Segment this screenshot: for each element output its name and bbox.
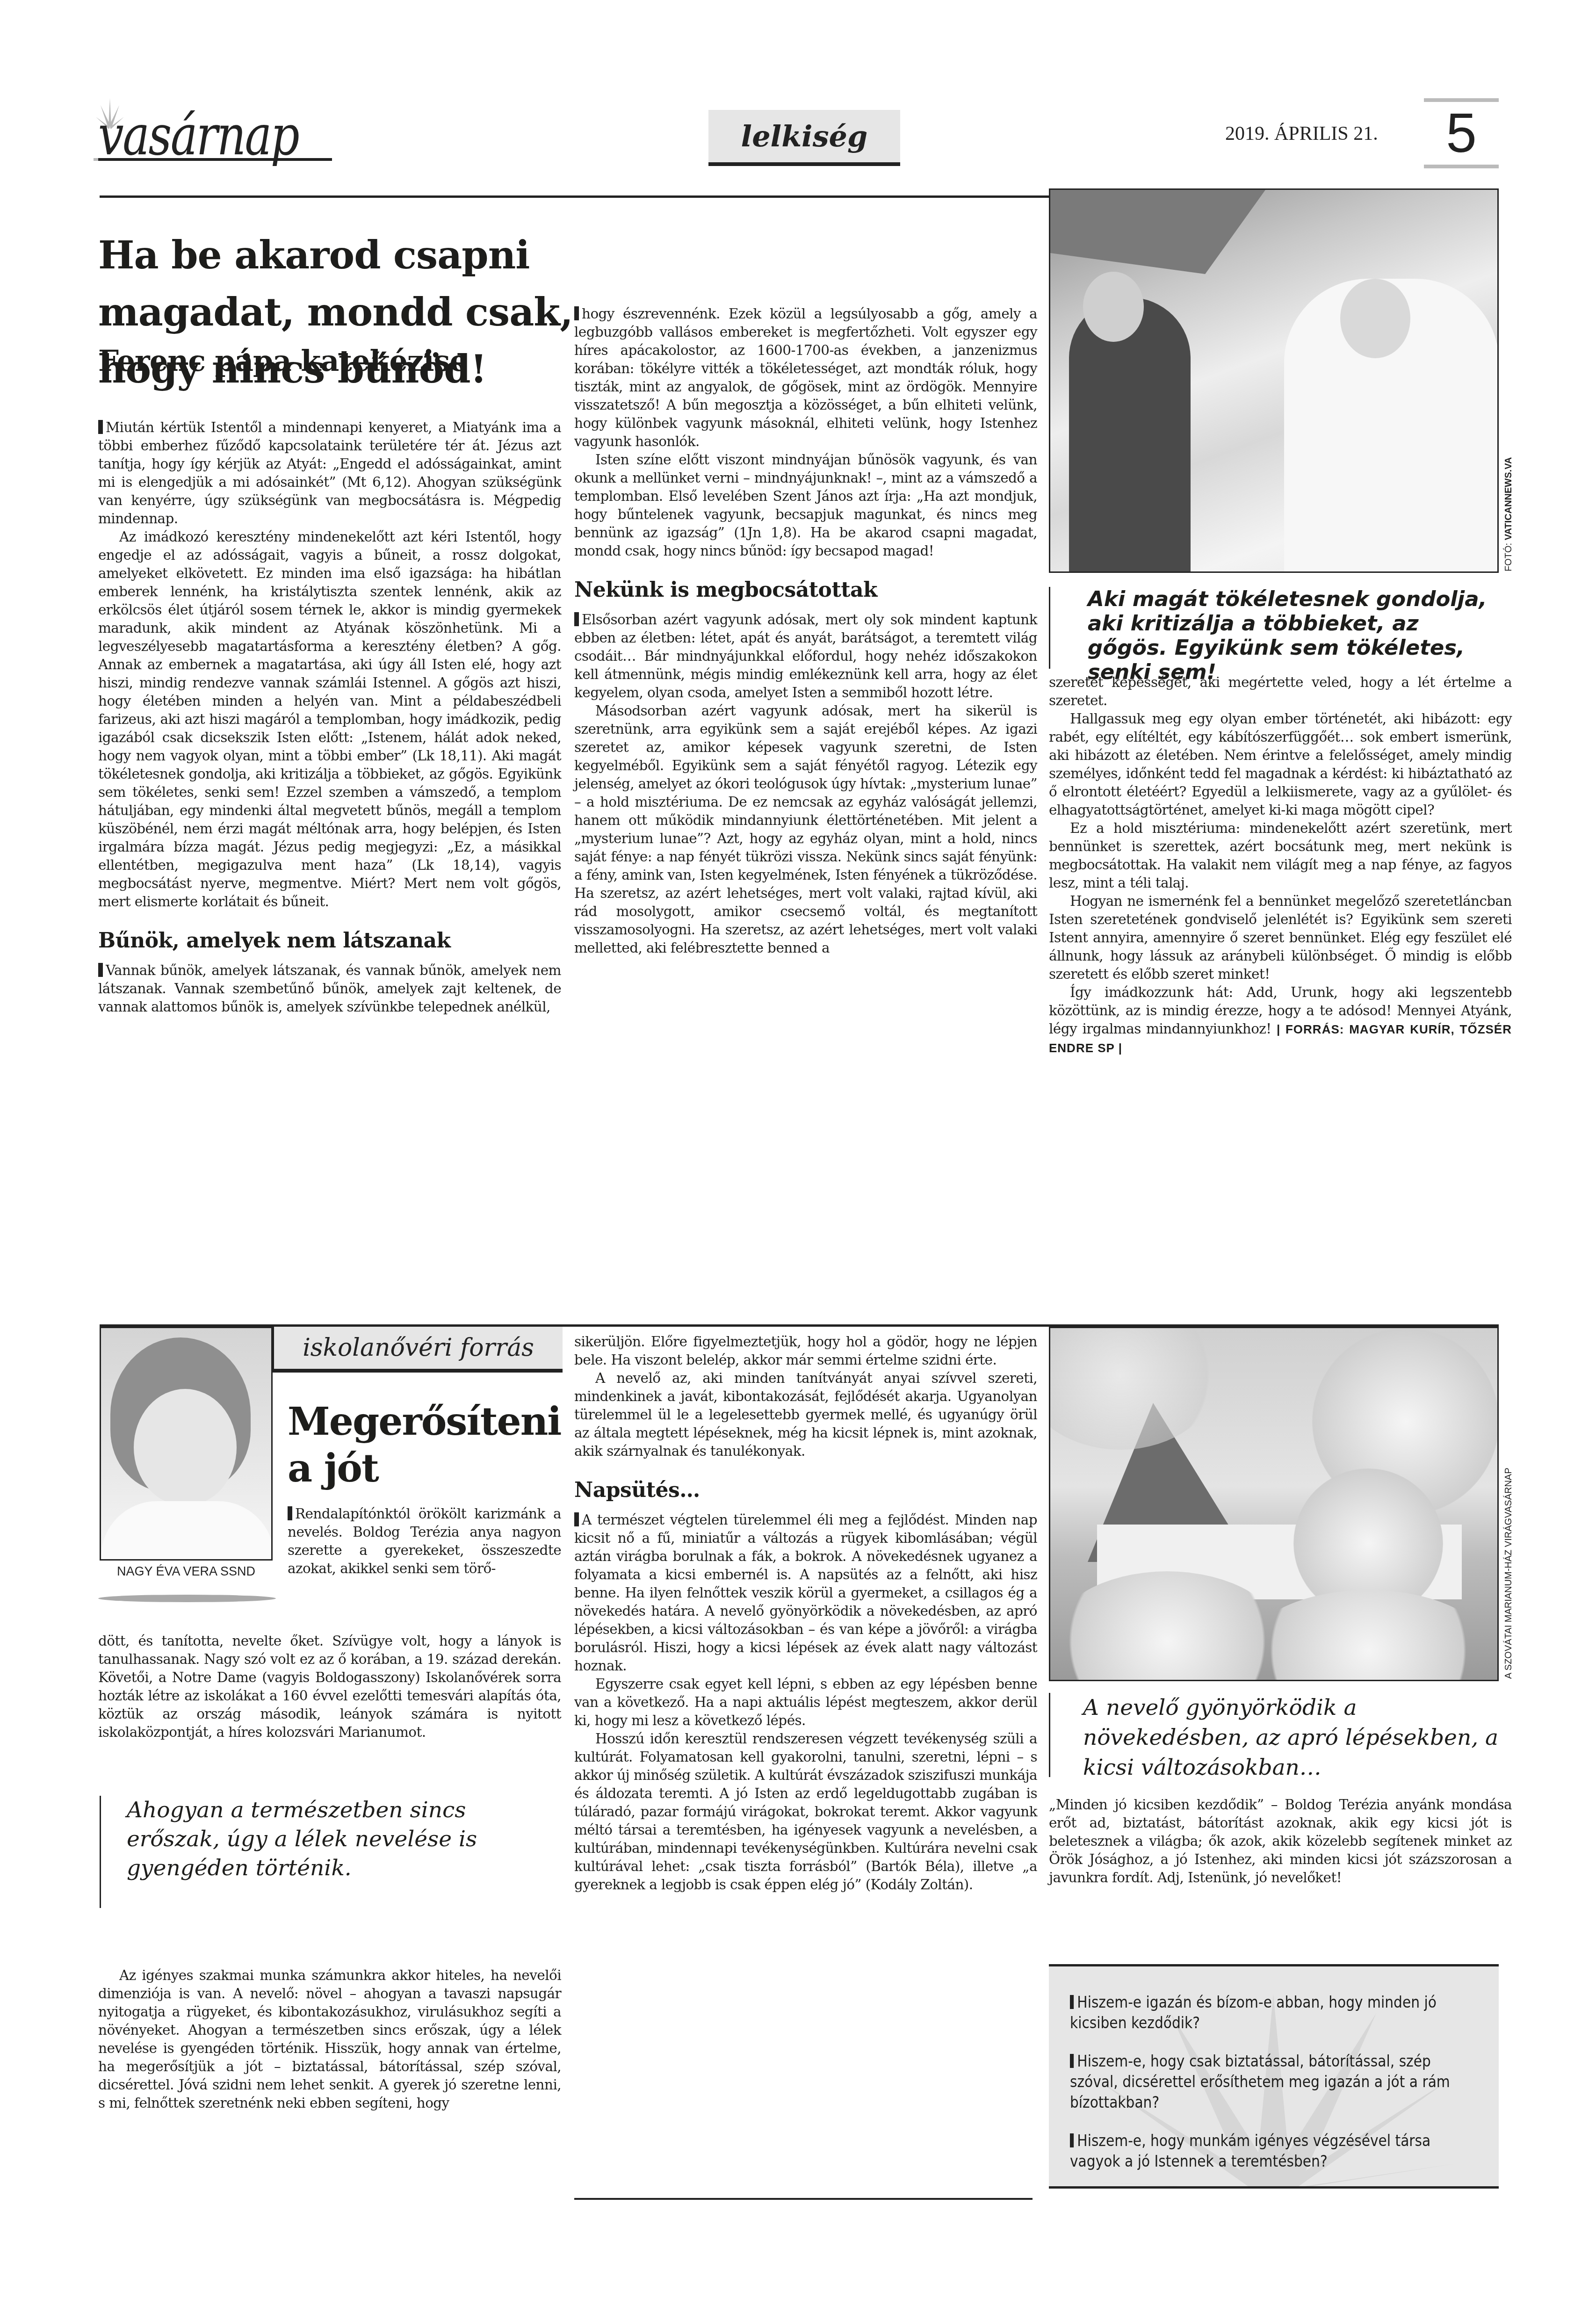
photo-credit-vatican: FOTÓ: VATICANNEWS.VA [1503,457,1514,571]
article1-column-1: Miután kértük Istentől a mindennapi keny… [98,419,561,1016]
title-line-2: a jót [288,1445,559,1492]
paragraph: Hallgassuk meg egy olyan ember történeté… [1049,710,1512,819]
paragraph: Hogyan ne ismernénk fel a bennünket mege… [1049,892,1512,983]
section-heading-bunok: Bűnök, amelyek nem látszanak [98,927,561,955]
article1-column-3: szeretet képességét, aki megértette vele… [1049,673,1512,1057]
brand-underline [98,158,332,161]
photo-credit-marianum: A SZOVÁTAI MARIANUM-HÁZ VIRÁGVASÁRNAP [1503,1467,1514,1679]
title-line-1: Megerősíteni [288,1398,559,1445]
paragraph: Rendalapítónktól örökölt karizmánk a nev… [288,1505,561,1578]
article2-column-1-bottom: Az igényes szakmai munka számunkra akkor… [98,1966,561,2112]
paragraph-continued: sikerüljön. Előre figyelmeztetjük, hogy … [574,1333,1037,1369]
paragraph: A természet végtelen türelemmel éli meg … [574,1511,1037,1675]
paragraph: Ez a hold misztériuma: mindenekelőtt azé… [1049,819,1512,892]
issue-date: 2019. ÁPRILIS 21. [1225,123,1378,145]
column-bottom-rule [574,2198,1033,2200]
paragraph: Elsősorban azért vagyunk adósak, mert ol… [574,611,1037,702]
paragraph: Így imádkozzunk hát: Add, Urunk, hogy ak… [1049,983,1512,1057]
blossom-cluster [1247,1590,1490,1681]
pope-head [1340,279,1410,358]
blossom-branch [1049,1327,1219,1450]
article2-column-1-top: Rendalapítónktól örökölt karizmánk a nev… [288,1505,561,1578]
umbrella-shape [1050,190,1265,274]
headline-line-1: Ha be akarod csapni magadat, mondd csak, [98,227,617,341]
column-name: iskolanővéri forrás [303,1334,534,1362]
pullquote-article2-left: Ahogyan a természetben sincs erőszak, úg… [100,1796,549,1908]
question-item: Hiszem-e igazán és bízom-e abban, hogy m… [1070,1992,1473,2033]
paragraph: Az igényes szakmai munka számunkra akkor… [98,1966,561,2112]
paragraph: Hosszú időn keresztül rendszeresen végze… [574,1730,1037,1894]
section-heading-megbocsatottak: Nekünk is megbocsátottak [574,576,1037,604]
question-list: Hiszem-e igazán és bízom-e abban, hogy m… [1070,1992,1477,2189]
paragraph: Egyszerre csak egyet kell lépni, s ebben… [574,1675,1037,1730]
section-label: lelkiség [741,119,868,153]
portrait-body [101,1501,273,1561]
photo-pope-francis [1049,188,1499,573]
page-number-box: 5 [1424,98,1499,168]
man-figure [1069,297,1191,573]
reflection-questions-box: Hiszem-e igazán és bízom-e abban, hogy m… [1049,1964,1499,2189]
paragraph: Isten színe előtt viszont mindnyájan bűn… [574,451,1037,560]
paragraph: A nevelő az, aki minden tanítványát anya… [574,1369,1037,1460]
paragraph: Miután kértük Istentől a mindennapi keny… [98,419,561,528]
portrait-face [134,1389,237,1506]
section-tag: lelkiség [708,110,900,166]
article2-column-1-mid: dött, és tanította, nevelte őket. Szívüg… [98,1632,561,1742]
paragraph-continued: hogy észrevennénk. Ezek közül a legsúlyo… [574,305,1037,451]
man-head [1083,272,1144,342]
brand-name: vasárnap [98,108,298,163]
article2-title: Megerősíteni a jót [288,1398,559,1492]
pullquote-article2-right: A nevelő gyönyörködik a növekedésben, az… [1049,1693,1499,1777]
article-subheadline: Ferenc pápa katekézise [98,344,468,378]
article1-column-2: hogy észrevennénk. Ezek közül a legsúlyo… [574,305,1037,957]
author-portrait [100,1327,273,1561]
question-item: Hiszem-e, hogy munkám igényes végzésével… [1070,2131,1473,2172]
paragraph-continued: dött, és tanította, nevelte őket. Szívüg… [98,1632,561,1742]
newspaper-brand: vasárnap [96,98,344,168]
paragraph: Másodsorban azért vagyunk adósak, mert h… [574,702,1037,957]
paragraph-continued: szeretet képességét, aki megértette vele… [1049,673,1512,710]
paragraph: Az imádkozó keresztény mindenekelőtt azt… [98,528,561,911]
paragraph: „Minden jó kicsiben kezdődik” – Boldog T… [1049,1796,1512,1887]
paragraph: Vannak bűnök, amelyek látszanak, és vann… [98,961,561,1016]
question-item: Hiszem-e, hogy csak biztatással, bátorít… [1070,2051,1473,2113]
section-heading-napsutes: Napsütés… [574,1476,1037,1504]
page-number: 5 [1446,106,1477,161]
photo-marianum-house-blossoms [1049,1327,1499,1681]
article2-column-2: sikerüljön. Előre figyelmeztetjük, hogy … [574,1333,1037,1894]
author-name: NAGY ÉVA VERA SSND [100,1564,273,1579]
pullquote-article1: Aki magát tökéletesnek gondolja, aki kri… [1049,587,1499,669]
caption-shadow-decoration [98,1595,276,1602]
column-tag: iskolanővéri forrás [273,1327,563,1373]
article2-column-3: „Minden jó kicsiben kezdődik” – Boldog T… [1049,1796,1512,1887]
